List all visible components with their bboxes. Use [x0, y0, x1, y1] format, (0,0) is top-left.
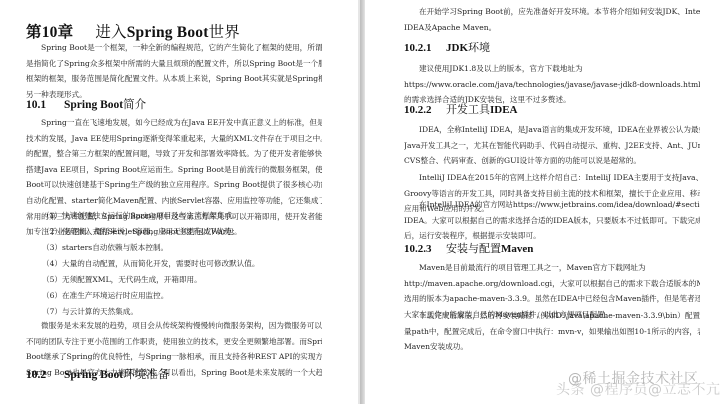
chapter-title-pre: 进入 [95, 24, 126, 41]
section-number: 10.2.3 [404, 243, 446, 255]
text-line: Java开发工具之一，尤其在智能代码助手、代码自动提示、重构、J2EE支持、An… [404, 138, 700, 154]
text-line: 选用的版本为apache-maven-3.3.9。虽然在IDEA中已经包含Mav… [404, 291, 700, 307]
watermark-author: 头条 @程序员@立志不亢头 [556, 379, 720, 399]
section-heading-10-2-1: 10.2.1JDK环境 [404, 39, 490, 55]
chapter-title-bold: Spring Boot [127, 24, 209, 41]
text-line: 在IntelliJ IDEA的官方网站https://www.jetbrains… [404, 197, 700, 213]
section-number: 10.2 [26, 369, 64, 381]
text-line: 框架的框架，服务范围是简化配置文件。从本质上来说，Spring Boot其实就是… [26, 71, 322, 87]
text-line: Maven安装成功。 [404, 339, 700, 355]
text-line: 是指简化了Spring众多框架中所需的大量且烦琐的配置文件，所以Spring B… [26, 56, 322, 72]
text-line: 的配置，整合第三方框架的配置问题，导致了开发和部署效率降低。为了使开发者能够快速 [26, 146, 322, 162]
advantage-item: （4）大量的自动配置，从而简化开发，需要时也可修改默认值。 [42, 258, 259, 269]
chapter-title: 第10章进入Spring Boot世界 [26, 20, 240, 42]
text-line: IDEA及Apache Maven。 [404, 20, 700, 36]
section-title-cn: 简介 [123, 99, 146, 111]
section-title-cn: 环境 [468, 42, 490, 54]
section-heading-10-2-3: 10.2.3安装与配置Maven [404, 240, 533, 256]
jdk-download-url-line: https://www.oracle.com/java/technologies… [404, 77, 700, 93]
section-title-bold: Spring Boot [64, 99, 123, 111]
chapter-title-post: 世界 [209, 24, 240, 41]
advantage-item: （6）在准生产环境运行时应用监控。 [42, 290, 168, 301]
section-title-bold: Maven [501, 243, 533, 255]
section-10-1-paragraph: Spring一直在飞速地发展，如今已经成为在Java EE开发中真正意义上的标准… [26, 115, 322, 240]
text-line: 微服务是未来发展的趋势，项目会从传统架构慢慢转向微服务架构，因为微服务可以使 [26, 318, 322, 334]
text-line: Boot继承了Spring的优良特性，与Spring一脉相承，而且支持各种RES… [26, 349, 322, 365]
idea-paragraph-3: 在IntelliJ IDEA的官方网站https://www.jetbrains… [404, 197, 700, 244]
chapter-intro-paragraph: Spring Boot是一个框架，一种全新的编程规范，它的产生简化了框架的使用，… [26, 40, 322, 102]
env-intro-paragraph: 在开始学习Spring Boot前，应先准备好开发环境。本节将介绍如何安装JDK… [404, 4, 700, 35]
text-line: IntelliJ IDEA在2015年的官网上这样介绍自己：IntelliJ I… [404, 170, 700, 186]
section-title-cn: 安装与配置 [446, 243, 501, 255]
text-line: 搭建Java EE项目，Spring Boot应运而生。Spring Boot是… [26, 162, 322, 178]
section-heading-10-1: 10.1Spring Boot简介 [26, 96, 146, 112]
text-line: Boot可以快速创建基于Spring生产级的独立应用程序。Spring Boot… [26, 177, 322, 193]
section-heading-10-2-2: 10.2.2开发工具IDEA [404, 101, 518, 117]
text-line: 自动化配置、starter简化Maven配置、内嵌Servlet容器、应用监控等… [26, 193, 322, 209]
text-line: 不同的团队专注于更小范围的工作职责，使用独立的技术，更安全更频繁地部署。而Spr… [26, 334, 322, 350]
text-line: 在开始学习Spring Boot前，应先准备好开发环境。本节将介绍如何安装JDK… [404, 4, 700, 20]
advantage-item: （7）与云计算的天然集成。 [42, 306, 138, 317]
section-title-bold: IDEA [490, 104, 518, 116]
page-edge [358, 0, 360, 404]
advantage-item: （3）starters自动依赖与版本控制。 [42, 242, 168, 253]
advantage-item: （2）使用嵌入式的Servlet容器，应用无须打包成War包。 [42, 226, 242, 237]
text-line: IDEA。大家可以根据自己的需求选择合适的IDEA版本，只要版本不过低即可。下载… [404, 213, 700, 229]
page-gutter-divider [358, 0, 365, 404]
section-title-bold: Spring Boot [64, 369, 123, 381]
left-page: 第10章进入Spring Boot世界 Spring Boot是一个框架，一种全… [0, 0, 358, 404]
text-line: Spring Boot是一个框架，一种全新的编程规范，它的产生简化了框架的使用，… [26, 40, 322, 56]
maven-download-url-line: http://maven.apache.org/download.cgi，大家可… [404, 276, 700, 292]
advantage-item: （5）无须配置XML，无代码生成，开箱即用。 [42, 274, 202, 285]
section-title-cn: 开发工具 [446, 104, 490, 116]
section-number: 10.2.2 [404, 104, 446, 116]
right-page: 在开始学习Spring Boot前，应先准备好开发环境。本节将介绍如何安装JDK… [365, 0, 720, 404]
text-line: 建议使用JDK1.8及以上的版本，官方下载地址为 [404, 61, 700, 77]
chapter-number: 第10章 [26, 24, 73, 41]
section-number: 10.1 [26, 99, 64, 111]
idea-paragraph-1: IDEA，全称IntelliJ IDEA，是Java语言的集成开发环境，IDEA… [404, 122, 700, 169]
text-line: 量path中，配置完成后，在命令窗口中执行：mvn-v，如果输出如图10-1所示… [404, 324, 700, 340]
text-line: CVS整合、代码审查、创新的GUI设计等方面的功能可以说是超常的。 [404, 153, 700, 169]
maven-paragraph-2: 下载完成后解压，然后将安装路径（例如D:\java\apache-maven-3… [404, 308, 700, 355]
text-line: Maven是目前最流行的项目管理工具之一，Maven官方下载网址为 [404, 260, 700, 276]
text-line: Spring一直在飞速地发展，如今已经成为在Java EE开发中真正意义上的标准… [26, 115, 322, 131]
section-heading-10-2: 10.2Spring Boot环境准备 [26, 366, 169, 382]
section-number: 10.2.1 [404, 42, 446, 54]
text-line: 技术的发展，Java EE使用Spring逐渐变得笨重起来，大量的XML文件存在… [26, 131, 322, 147]
section-title-cn: 环境准备 [123, 369, 169, 381]
advantage-item: （1）快速创建独立运行的Spring项目及与主流框架集成。 [42, 210, 240, 221]
text-line: IDEA，全称IntelliJ IDEA，是Java语言的集成开发环境，IDEA… [404, 122, 700, 138]
text-line: 下载完成后解压，然后将安装路径（例如D:\java\apache-maven-3… [404, 308, 700, 324]
section-title-bold: JDK [446, 42, 468, 54]
